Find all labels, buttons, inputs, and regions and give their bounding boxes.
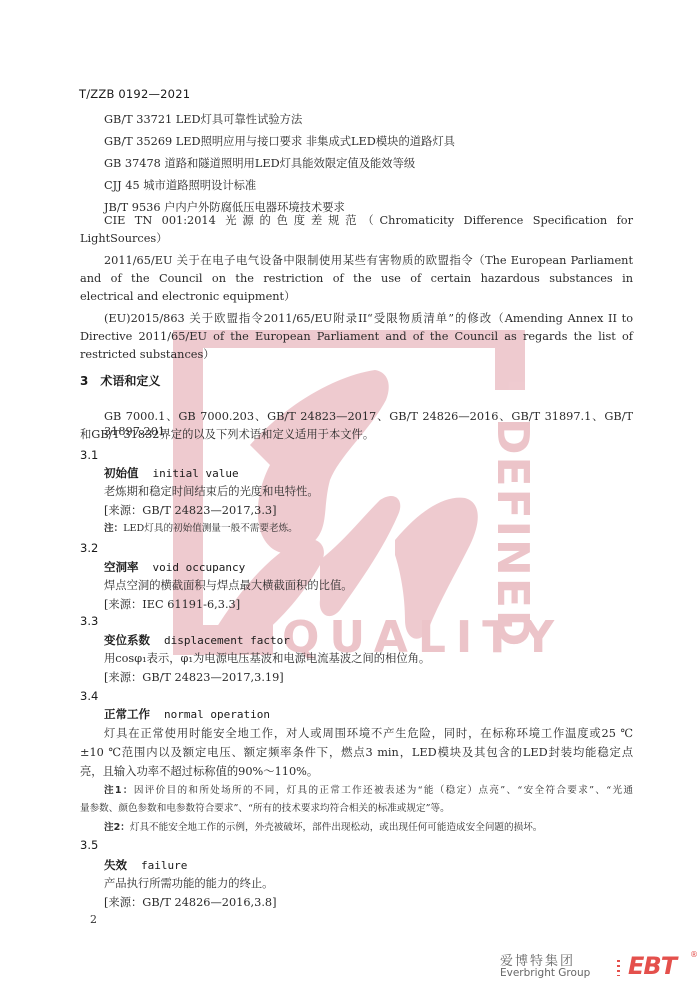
note-label: 注1： (104, 785, 134, 796)
term-zh: 失效 (104, 858, 127, 872)
section-title: 术语和定义 (100, 374, 160, 388)
term-heading: 空洞率void occupancy (104, 559, 245, 575)
reference-eu2-line2: Directive 2011/65/EU of the European Par… (80, 329, 633, 344)
term-note: 注：LED灯具的初始值测量一般不需要老炼。 (104, 522, 298, 536)
clause-number: 3.4 (80, 689, 98, 703)
term-zh: 初始值 (104, 466, 139, 480)
note-text: 因评价目的和所处场所的不同，灯具的正常工作还被表述为“能（稳定）点亮”、“安全符… (134, 785, 633, 796)
note-text: 灯具不能安全地工作的示例，外壳被破坏，部件出现松动，或出现任何可能造成安全问题的… (130, 822, 543, 833)
reference-item: GB 37478 道路和隧道照明用LED灯具能效限定值及能效等级 (104, 156, 415, 171)
term-zh: 正常工作 (104, 707, 150, 721)
term-note-1: 注1：因评价目的和所处场所的不同，灯具的正常工作还被表述为“能（稳定）点亮”、“… (104, 784, 633, 798)
term-definition-line3: 亮，且输入功率不超过标称值的90%～110%。 (80, 764, 318, 779)
clause-number: 3.1 (80, 448, 98, 462)
term-en: failure (141, 859, 187, 872)
clause-number: 3.3 (80, 614, 98, 628)
company-logo: 爱博特集团 Everbright Group EBT ® (500, 950, 700, 982)
logo-divider-icon (617, 960, 620, 976)
registered-icon: ® (690, 950, 698, 959)
note-label: 注2： (104, 822, 130, 833)
term-heading: 失效failure (104, 857, 187, 873)
reference-cie-line1: CIE TN 001:2014 光源的色度差规范（Chromaticity Di… (104, 213, 633, 228)
note-text: LED灯具的初始值测量一般不需要老炼。 (123, 523, 298, 534)
term-zh: 空洞率 (104, 560, 139, 574)
term-zh: 变位系数 (104, 633, 150, 647)
term-definition: 焊点空洞的横截面积与焊点最大横截面积的比值。 (104, 578, 353, 593)
term-definition: 用cosφ₁表示，φ₁为电源电压基波和电源电流基波之间的相位角。 (104, 651, 430, 666)
note-label: 注： (104, 523, 123, 534)
reference-cie-line2: LightSources） (80, 231, 168, 246)
term-note-2: 注2：灯具不能安全地工作的示例，外壳被破坏，部件出现松动，或出现任何可能造成安全… (104, 821, 542, 835)
section-heading: 3术语和定义 (80, 372, 160, 389)
term-en: normal operation (164, 708, 270, 721)
logo-mark: EBT (628, 952, 676, 980)
section-number: 3 (80, 374, 88, 388)
reference-eu1-line3: electrical and electronic equipment） (80, 289, 295, 304)
clause-number: 3.2 (80, 541, 98, 555)
term-definition-line2: ±10 ℃范围内以及额定电压、额定频率条件下，燃点3 min，LED模块及其包含… (80, 745, 633, 760)
standard-code: T/ZZB 0192—2021 (79, 87, 190, 101)
term-en: displacement factor (164, 634, 290, 647)
term-en: initial value (153, 467, 239, 480)
reference-eu1-line1: 2011/65/EU 关于在电子电气设备中限制使用某些有害物质的欧盟指令（The… (104, 253, 633, 268)
reference-eu2-line1: (EU)2015/863 关于欧盟指令2011/65/EU附录II“受限物质清单… (104, 311, 633, 326)
document-page: T/ZZB 0192—2021 GB/T 33721 LED灯具可靠性试验方法 … (0, 0, 700, 990)
term-source: [来源：IEC 61191-6,3.3] (104, 597, 240, 612)
clause-number: 3.5 (80, 838, 98, 852)
term-source: [来源：GB/T 24823—2017,3.19] (104, 670, 284, 685)
term-source: [来源：GB/T 24823—2017,3.3] (104, 503, 277, 518)
term-heading: 变位系数displacement factor (104, 632, 290, 648)
page-number: 2 (90, 913, 97, 926)
term-definition-line1: 灯具在正常使用时能安全地工作，对人或周围环境不产生危险，同时，在标称环境工作温度… (104, 726, 633, 741)
reference-item: GB/T 35269 LED照明应用与接口要求 非集成式LED模块的道路灯具 (104, 134, 455, 149)
logo-english-name: Everbright Group (500, 967, 590, 979)
term-heading: 正常工作normal operation (104, 706, 270, 722)
term-definition: 老炼期和稳定时间结束后的光度和电特性。 (104, 484, 319, 499)
reference-eu1-line2: and of the Council on the restriction of… (80, 271, 633, 286)
reference-item: GB/T 33721 LED灯具可靠性试验方法 (104, 112, 302, 127)
term-source: [来源：GB/T 24826—2016,3.8] (104, 895, 277, 910)
term-note-1-cont: 量参数、颜色参数和电参数符合要求”、“所有的技术要求均符合相关的标准或规定”等。 (80, 802, 450, 816)
reference-eu2-line3: restricted substances） (80, 347, 215, 362)
term-en: void occupancy (153, 561, 246, 574)
reference-item: CJJ 45 城市道路照明设计标准 (104, 178, 256, 193)
section-intro-line2: 和GB/T 31832界定的以及下列术语和定义适用于本文件。 (80, 427, 374, 442)
term-definition: 产品执行所需功能的能力的终止。 (104, 876, 273, 891)
term-heading: 初始值initial value (104, 465, 239, 481)
